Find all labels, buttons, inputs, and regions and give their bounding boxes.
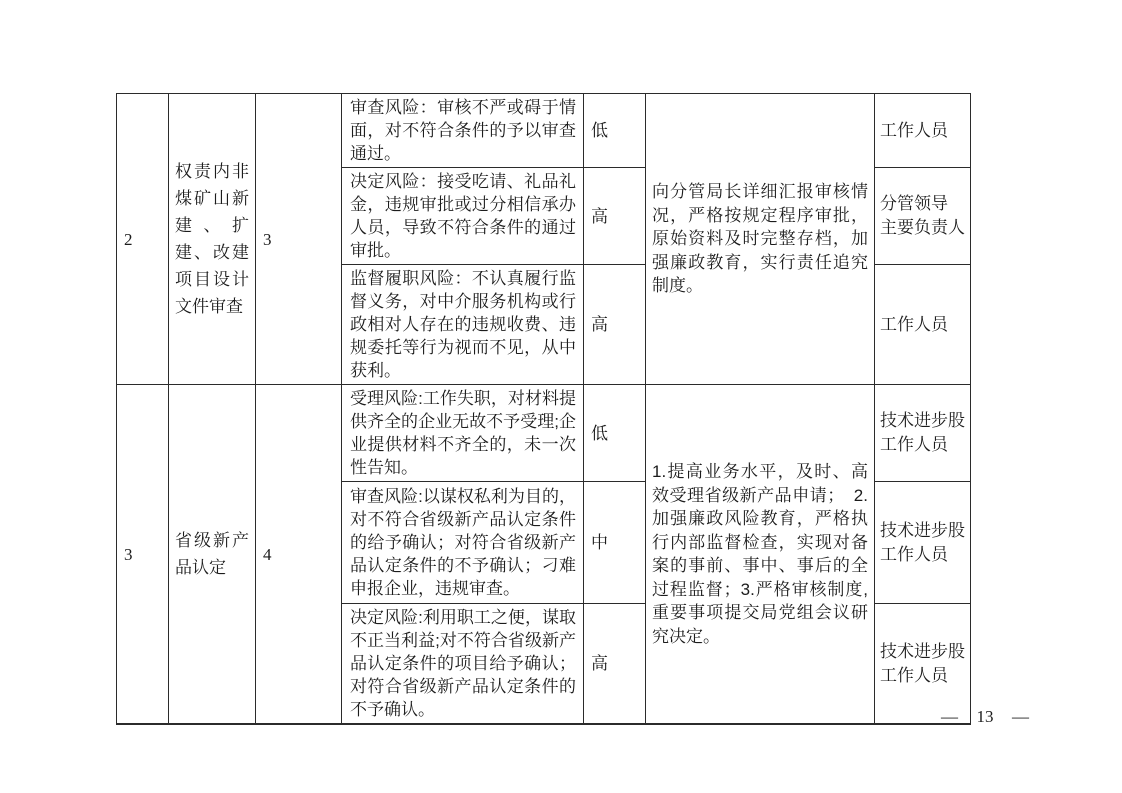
seq-cell: 2: [117, 94, 169, 385]
risk-level-cell: 中: [584, 482, 646, 604]
matter-cell: 权责内非煤矿山新建、扩建、改建项目设计文件审查: [169, 94, 256, 385]
risk-table: 2 权责内非煤矿山新建、扩建、改建项目设计文件审查 3 审查风险：审核不严或碍于…: [116, 93, 971, 725]
responsible-cell: 技术进步股 工作人员: [875, 604, 971, 725]
responsible-cell: 技术进步股 工作人员: [875, 385, 971, 482]
table-row: 3 省级新产品认定 4 受理风险:工作失职，对材料提供齐全的企业无故不予受理;企…: [117, 385, 971, 482]
risk-description-cell: 受理风险:工作失职，对材料提供齐全的企业无故不予受理;企业提供材料不齐全的，未一…: [342, 385, 584, 482]
seq-cell: 3: [117, 385, 169, 725]
risk-count-cell: 3: [256, 94, 342, 385]
document-page: 2 权责内非煤矿山新建、扩建、改建项目设计文件审查 3 审查风险：审核不严或碍于…: [0, 0, 1122, 793]
matter-cell: 省级新产品认定: [169, 385, 256, 725]
risk-level-cell: 高: [584, 168, 646, 265]
responsible-cell: 工作人员: [875, 94, 971, 168]
risk-count-cell: 4: [256, 385, 342, 725]
table-row: 2 权责内非煤矿山新建、扩建、改建项目设计文件审查 3 审查风险：审核不严或碍于…: [117, 94, 971, 168]
risk-level-cell: 高: [584, 604, 646, 725]
page-number-dash-right: —: [1012, 707, 1029, 727]
risk-level-cell: 低: [584, 94, 646, 168]
risk-description-cell: 监督履职风险：不认真履行监督义务，对中介服务机构或行政相对人存在的违规收费、违规…: [342, 265, 584, 385]
page-number: — 13 —: [941, 707, 1029, 727]
measures-cell: 向分管局长详细汇报审核情况，严格按规定程序审批，原始资料及时完整存档，加强廉政教…: [646, 94, 875, 385]
measures-cell: 1.提高业务水平，及时、高效受理省级新产品申请； 2.加强廉政风险教育，严格执行…: [646, 385, 875, 725]
risk-description-cell: 审查风险：审核不严或碍于情面，对不符合条件的予以审查通过。: [342, 94, 584, 168]
risk-level-cell: 低: [584, 385, 646, 482]
page-number-value: 13: [977, 707, 994, 727]
responsible-cell: 工作人员: [875, 265, 971, 385]
responsible-cell: 技术进步股 工作人员: [875, 482, 971, 604]
page-number-dash-left: —: [941, 707, 958, 727]
risk-description-cell: 决定风险:利用职工之便，谋取不正当利益;对不符合省级新产品认定条件的项目给予确认…: [342, 604, 584, 725]
risk-description-cell: 决定风险：接受吃请、礼品礼金，违规审批或过分相信承办人员，导致不符合条件的通过审…: [342, 168, 584, 265]
risk-level-cell: 高: [584, 265, 646, 385]
responsible-cell: 分管领导 主要负责人: [875, 168, 971, 265]
risk-description-cell: 审查风险:以谋权私利为目的，对不符合省级新产品认定条件的给予确认；对符合省级新产…: [342, 482, 584, 604]
